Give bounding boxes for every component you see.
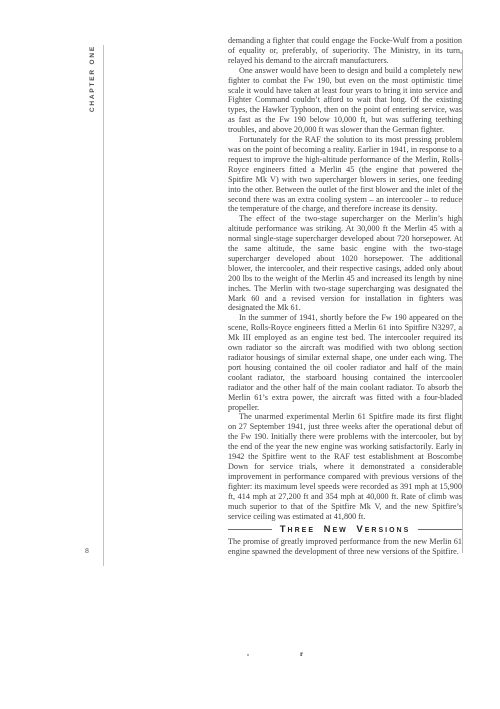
- paragraph: One answer would have been to design and…: [228, 66, 462, 135]
- heading-rule-left: [228, 529, 272, 530]
- scan-artifact-mark: r: [300, 650, 303, 658]
- heading-rule-right: [418, 529, 462, 530]
- book-page: CHAPTER ONE demanding a fighter that cou…: [0, 0, 500, 709]
- scan-artifact-dot: [247, 654, 249, 656]
- section-heading: Three New Versions: [228, 524, 462, 535]
- chapter-label: CHAPTER ONE: [89, 45, 96, 112]
- paragraph: The promise of greatly improved performa…: [228, 537, 462, 557]
- paragraph: The unarmed experimental Merlin 61 Spitf…: [228, 412, 462, 521]
- paragraph: In the summer of 1941, shortly before th…: [228, 313, 462, 412]
- paragraph: The effect of the two-stage supercharger…: [228, 214, 462, 313]
- page-number: 8: [85, 548, 89, 555]
- paragraph: demanding a fighter that could engage th…: [228, 36, 462, 66]
- section-heading-label: Three New Versions: [272, 524, 419, 535]
- right-margin-rule: [462, 50, 463, 553]
- paragraph: Fortunately for the RAF the solution to …: [228, 135, 462, 214]
- body-text-column: demanding a fighter that could engage th…: [228, 36, 462, 557]
- left-margin-rule: [103, 45, 104, 566]
